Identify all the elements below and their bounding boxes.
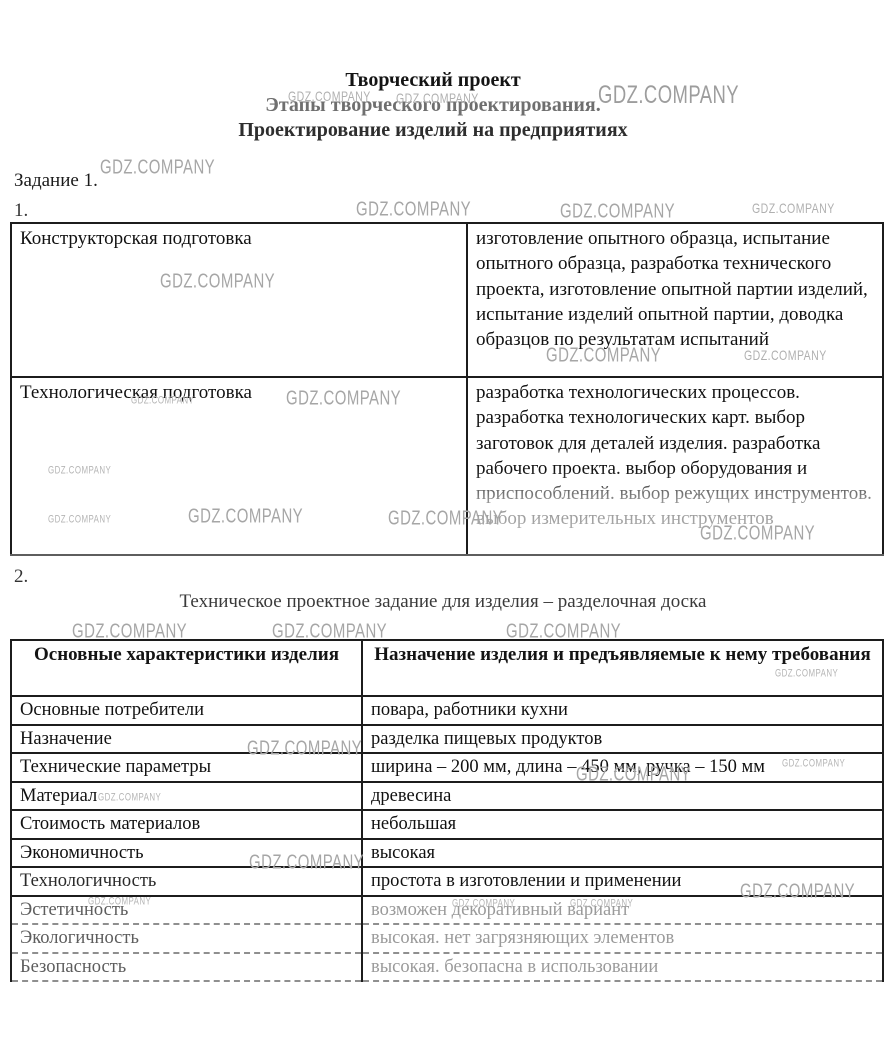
table-row: Экономичность высокая: [11, 839, 883, 868]
watermark-text: GDZ.COMPANY: [356, 198, 471, 222]
cell-characteristic: Безопасность: [11, 953, 362, 982]
item-1-label: 1.: [14, 200, 28, 222]
table-row: Безопасность высокая. безопасна в исполь…: [11, 953, 883, 982]
stages-table-wrapper: Конструкторская подготовка изготовление …: [10, 222, 884, 556]
document-page: Творческий проект Этапы творческого прое…: [0, 0, 894, 1058]
spec-table: Основные характеристики изделия Назначен…: [10, 639, 884, 982]
cell-characteristic: Стоимость материалов: [11, 810, 362, 839]
stages-table: Конструкторская подготовка изготовление …: [10, 222, 884, 556]
cell-characteristic: Экологичность: [11, 924, 362, 953]
table-row: Материал древесина: [11, 782, 883, 811]
table-row: Технологическая подготовка разработка те…: [11, 377, 883, 555]
header-requirements: Назначение изделия и предъявляемые к нем…: [362, 640, 883, 696]
table-row: Назначение разделка пищевых продуктов: [11, 725, 883, 754]
cell-value: разделка пищевых продуктов: [362, 725, 883, 754]
watermark-text: GDZ.COMPANY: [100, 156, 215, 180]
cell-characteristic: Экономичность: [11, 839, 362, 868]
cell-value: высокая. безопасна в использовании: [362, 953, 883, 982]
table-header-row: Основные характеристики изделия Назначен…: [11, 640, 883, 696]
cell-description: изготовление опытного образца, испытание…: [467, 223, 883, 377]
cell-characteristic: Технологичность: [11, 867, 362, 896]
page-subtitle-1: Этапы творческого проектирования.: [0, 93, 880, 118]
table-row: Стоимость материалов небольшая: [11, 810, 883, 839]
cell-characteristic: Технические параметры: [11, 753, 362, 782]
cell-value: высокая: [362, 839, 883, 868]
watermark-text: GDZ.COMPANY: [752, 200, 835, 217]
cell-value: ширина – 200 мм, длина – 450 мм, ручка –…: [362, 753, 883, 782]
title-block: Творческий проект Этапы творческого прое…: [0, 68, 880, 143]
cell-characteristic: Назначение: [11, 725, 362, 754]
table-row: Технологичность простота в изготовлении …: [11, 867, 883, 896]
cell-value: древесина: [362, 782, 883, 811]
cell-stage: Технологическая подготовка: [11, 377, 467, 555]
watermark-text: GDZ.COMPANY: [560, 200, 675, 224]
spec-table-wrapper: Основные характеристики изделия Назначен…: [10, 639, 884, 982]
page-subtitle-2: Проектирование изделий на предприятиях: [0, 118, 880, 143]
cell-characteristic: Основные потребители: [11, 696, 362, 725]
cell-value: возможен декоративный вариант: [362, 896, 883, 925]
cell-value: небольшая: [362, 810, 883, 839]
table-row: Конструкторская подготовка изготовление …: [11, 223, 883, 377]
table-row: Эстетичность возможен декоративный вариа…: [11, 896, 883, 925]
table-row: Основные потребители повара, работники к…: [11, 696, 883, 725]
spec-table-caption: Техническое проектное задание для издели…: [0, 591, 890, 613]
cell-value: повара, работники кухни: [362, 696, 883, 725]
item-2-label: 2.: [14, 566, 28, 588]
cell-description: разработка технологических процессов. ра…: [467, 377, 883, 555]
table-row: Технические параметры ширина – 200 мм, д…: [11, 753, 883, 782]
table-row: Экологичность высокая. нет загрязняющих …: [11, 924, 883, 953]
header-characteristics: Основные характеристики изделия: [11, 640, 362, 696]
cell-stage: Конструкторская подготовка: [11, 223, 467, 377]
page-title: Творческий проект: [0, 68, 880, 93]
cell-value: простота в изготовлении и применении: [362, 867, 883, 896]
cell-characteristic: Материал: [11, 782, 362, 811]
cell-characteristic: Эстетичность: [11, 896, 362, 925]
task-label: Задание 1.: [14, 170, 98, 192]
cell-value: высокая. нет загрязняющих элементов: [362, 924, 883, 953]
